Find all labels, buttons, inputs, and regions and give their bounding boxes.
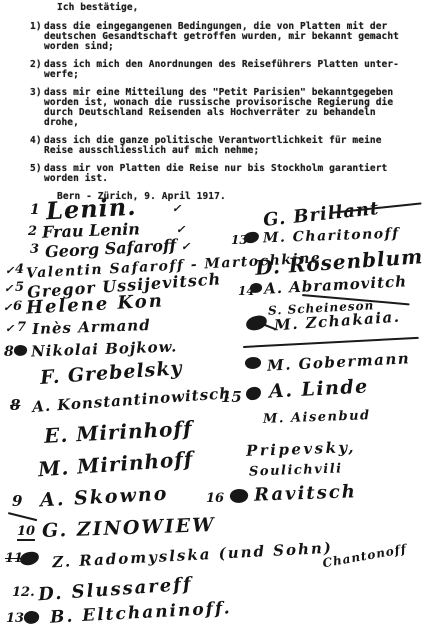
signature-number: 7 <box>17 320 26 335</box>
signature-number: 15 <box>221 388 242 406</box>
check-mark-icon: ✓ <box>5 264 14 277</box>
signature-name: Soulichvili <box>249 461 343 479</box>
item-number: 3) <box>30 88 44 128</box>
item-line: durch Deutschland Reisenden als Hochverr… <box>44 107 376 118</box>
check-mark-icon: ✓ <box>3 301 12 314</box>
check-mark-icon: ✓ <box>172 202 181 215</box>
check-mark-icon: ✓ <box>5 322 14 335</box>
signature-name: A. Linde <box>268 375 369 402</box>
check-mark-icon: ✓ <box>181 240 190 253</box>
item-line: worden ist. <box>44 173 108 184</box>
flourish-stroke <box>8 512 38 521</box>
signature-number: 2 <box>28 224 37 239</box>
check-mark-icon: ✓ <box>176 223 185 236</box>
check-mark-icon: ✓ <box>4 282 13 295</box>
signature-name: Nikolai Bojkow. <box>31 337 178 360</box>
signature-number: 9 <box>12 492 22 510</box>
signature-name: Pripevsky, <box>246 438 357 460</box>
signature-number: 1 <box>30 202 40 218</box>
ink-blot <box>13 344 28 357</box>
signature-name: M. Mirinhoff <box>37 447 194 482</box>
signature-number: 4 <box>15 262 24 277</box>
item-line: dass ich mich den Anordnungen des Reisef… <box>44 59 399 70</box>
signature-number: 6 <box>13 299 22 314</box>
item-number: 1) <box>30 22 44 52</box>
typed-declaration: Ich bestätige, 1) dass die eingegangenen… <box>30 3 410 202</box>
signature-number: 8 <box>10 396 20 414</box>
signature-name: M. Gobermann <box>267 349 411 374</box>
signature-name: A. Konstantinowitsch <box>32 384 232 416</box>
signature-number: 8 <box>4 344 14 360</box>
declaration-title: Ich bestätige, <box>57 3 410 13</box>
agreement-item-1: 1) dass die eingegangenen Bedingungen, d… <box>30 22 410 52</box>
signature-number: 10 <box>17 524 35 541</box>
ink-blot <box>229 488 249 504</box>
agreement-item-2: 2) dass ich mich den Anordnungen des Rei… <box>30 60 410 80</box>
item-number: 4) <box>30 136 44 156</box>
signature-name: Chantonoff <box>321 542 408 571</box>
agreement-item-4: 4) dass ich die ganze politische Verantw… <box>30 136 410 156</box>
item-line: worden sind; <box>44 41 114 52</box>
flourish-stroke <box>243 337 419 348</box>
item-line: werfe; <box>44 69 79 80</box>
signature-name: E. Mirinhoff <box>43 416 193 448</box>
signature-name: Z. Radomyslska (und Sohn) <box>52 539 334 572</box>
signature-number: 12. <box>12 585 35 600</box>
signature-name: Inès Armand <box>32 316 151 338</box>
signature-number: 3 <box>30 242 39 257</box>
item-number: 5) <box>30 164 44 184</box>
scanned-declaration-document: Ich bestätige, 1) dass die eingegangenen… <box>0 0 422 640</box>
signature-name: F. Grebelsky <box>39 357 183 389</box>
item-number: 2) <box>30 60 44 80</box>
signature-number: 5 <box>15 280 24 295</box>
signature-name: Ravitsch <box>254 481 357 506</box>
item-line: drohe, <box>44 117 79 128</box>
signature-name: A. Skowno <box>40 483 169 512</box>
item-line: Reise ausschliesslich auf mich nehme; <box>44 145 259 156</box>
ink-blot <box>23 610 40 625</box>
signature-number: 16 <box>206 491 224 506</box>
signature-number: 13 <box>6 611 24 626</box>
signature-name: M. Aisenbud <box>263 408 371 427</box>
ink-blot <box>246 386 262 400</box>
ink-blot <box>244 356 261 370</box>
agreement-item-3: 3) dass mir eine Mitteilung des "Petit P… <box>30 88 410 128</box>
ink-blot <box>249 282 262 294</box>
ink-blot <box>243 231 259 244</box>
signature-name: M. Charitonoff <box>263 226 400 247</box>
agreement-item-5: 5) dass mir von Platten die Reise nur bi… <box>30 164 410 184</box>
signature-name: G. ZINOWIEW <box>42 514 216 542</box>
